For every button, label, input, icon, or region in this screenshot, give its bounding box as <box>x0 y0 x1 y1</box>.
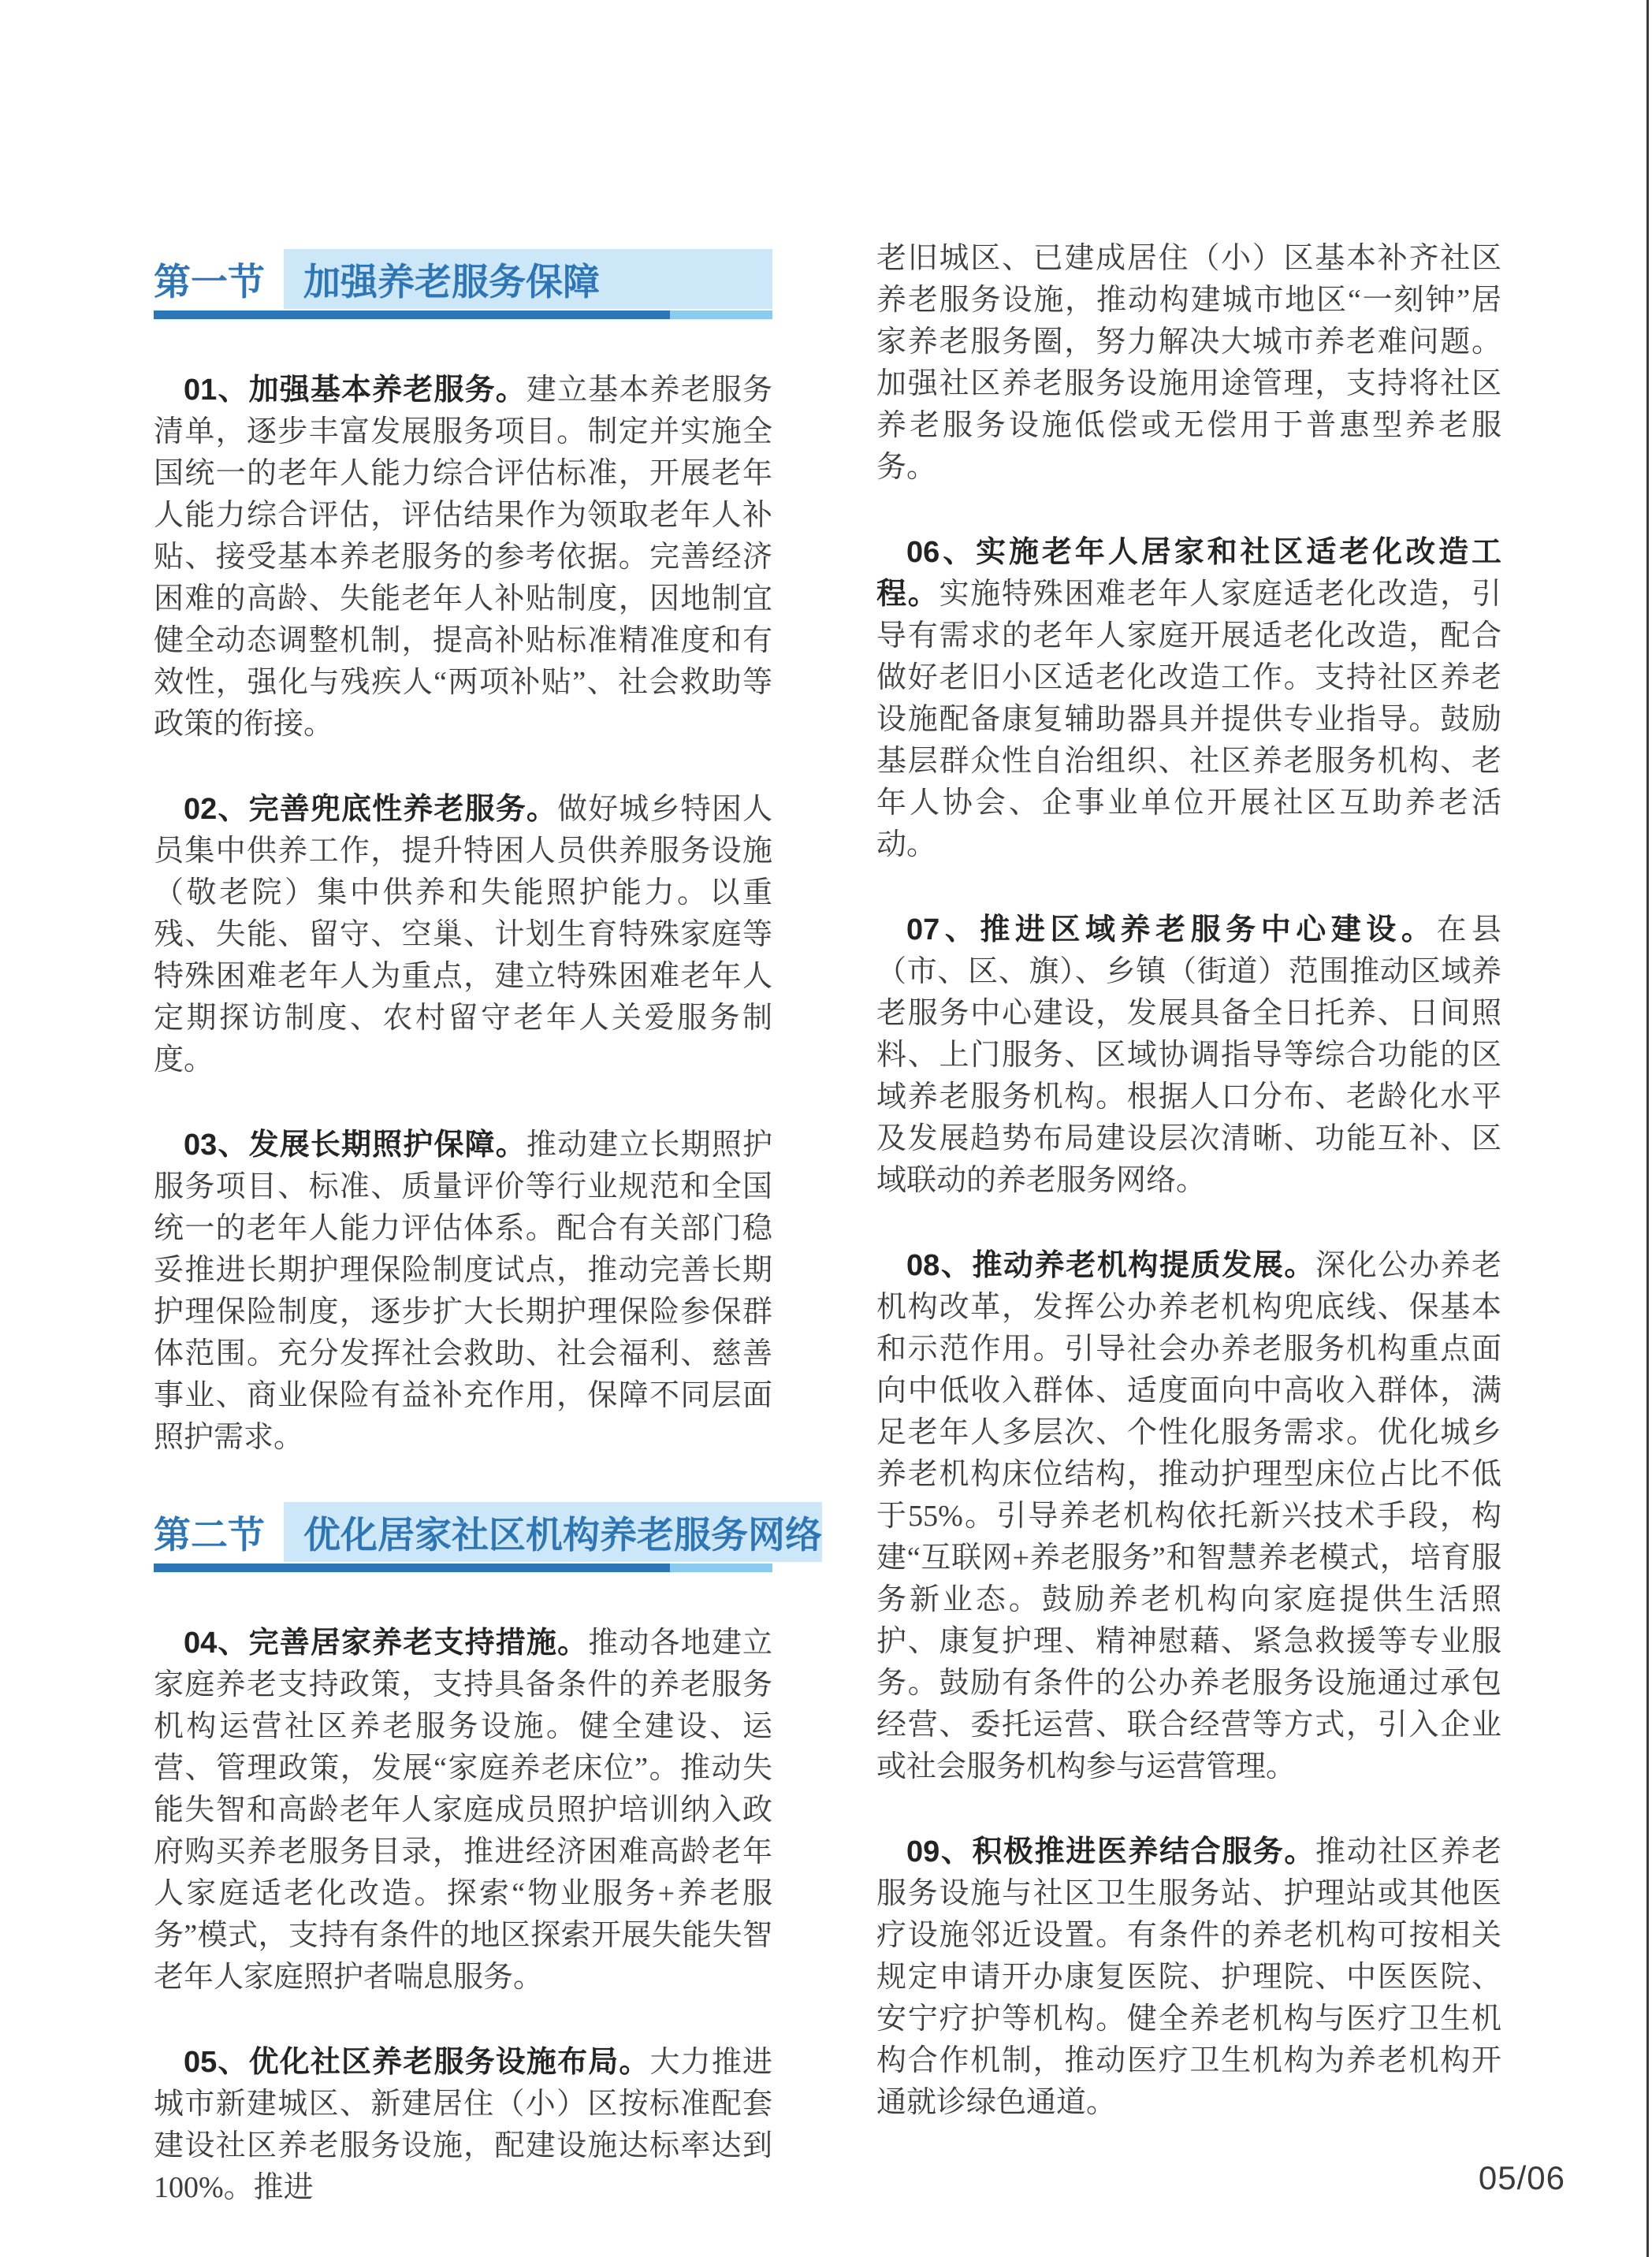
paragraph-01-body: 建立基本养老服务清单，逐步丰富发展服务项目。制定并实施全国统一的老年人能力综合评… <box>154 374 772 741</box>
paragraph-01: 01、加强基本养老服务。建立基本养老服务清单，逐步丰富发展服务项目。制定并实施全… <box>154 370 772 746</box>
paragraph-05-continuation-body: 老旧城区、已建成居住（小）区基本补齐社区养老服务设施，推动构建城市地区“一刻钟”… <box>876 242 1501 484</box>
section-title-band-1: 加强养老服务保障 <box>284 249 772 309</box>
paragraph-09-lead: 09、积极推进医养结合服务。 <box>906 1835 1315 1868</box>
paragraph-02: 02、完善兜底性养老服务。做好城乡特困人员集中供养工作，提升特困人员供养服务设施… <box>154 789 772 1081</box>
paragraph-07: 07、推进区域养老服务中心建设。在县（市、区、旗）、乡镇（街道）范围推动区域养老… <box>876 909 1501 1202</box>
section-header-2: 第二节 优化居家社区机构养老服务网络 <box>154 1502 772 1572</box>
paragraph-02-lead: 02、完善兜底性养老服务。 <box>184 793 557 826</box>
paragraph-03-lead: 03、发展长期照护保障。 <box>184 1128 526 1162</box>
section-header-row: 第二节 优化居家社区机构养老服务网络 <box>154 1502 772 1562</box>
left-column: 第一节 加强养老服务保障 01、加强基本养老服务。建立基本养老服务清单，逐步丰富… <box>154 249 772 2252</box>
paragraph-03: 03、发展长期照护保障。推动建立长期照护服务项目、标准、质量评价等行业规范和全国… <box>154 1125 772 1459</box>
underline-light-segment <box>670 310 772 319</box>
paragraph-07-body: 在县（市、区、旗）、乡镇（街道）范围推动区域养老服务中心建设，发展具备全日托养、… <box>876 913 1501 1197</box>
section-header-1: 第一节 加强养老服务保障 <box>154 249 772 319</box>
paragraph-05-continuation: 老旧城区、已建成居住（小）区基本补齐社区养老服务设施，推动构建城市地区“一刻钟”… <box>876 238 1501 489</box>
paragraph-05-lead: 05、优化社区养老服务设施布局。 <box>184 2046 650 2079</box>
page-edge-line <box>1646 0 1649 2257</box>
document-page: 第一节 加强养老服务保障 01、加强基本养老服务。建立基本养老服务清单，逐步丰富… <box>0 0 1652 2257</box>
page-number: 05/06 <box>1479 2159 1565 2197</box>
underline-light-segment <box>670 1564 772 1572</box>
paragraph-08-body: 深化公办养老机构改革，发挥公办养老机构兜底线、保基本和示范作用。引导社会办养老服… <box>876 1249 1501 1783</box>
paragraph-08: 08、推动养老机构提质发展。深化公办养老机构改革，发挥公办养老机构兜底线、保基本… <box>876 1245 1501 1788</box>
section-header-row: 第一节 加强养老服务保障 <box>154 249 772 309</box>
paragraph-04-body: 推动各地建立家庭养老支持政策，支持具备条件的养老服务机构运营社区养老服务设施。健… <box>154 1627 772 1994</box>
right-column: 老旧城区、已建成居住（小）区基本补齐社区养老服务设施，推动构建城市地区“一刻钟”… <box>876 238 1501 2167</box>
section-title-band-2: 优化居家社区机构养老服务网络 <box>284 1502 822 1562</box>
paragraph-04: 04、完善居家养老支持措施。推动各地建立家庭养老支持政策，支持具备条件的养老服务… <box>154 1623 772 1999</box>
paragraph-03-body: 推动建立长期照护服务项目、标准、质量评价等行业规范和全国统一的老年人能力评估体系… <box>154 1128 772 1454</box>
paragraph-02-body: 做好城乡特困人员集中供养工作，提升特困人员供养服务设施（敬老院）集中供养和失能照… <box>154 793 772 1076</box>
section-label-1: 第一节 <box>154 249 284 309</box>
paragraph-09: 09、积极推进医养结合服务。推动社区养老服务设施与社区卫生服务站、护理站或其他医… <box>876 1831 1501 2124</box>
paragraph-01-lead: 01、加强基本养老服务。 <box>184 374 526 407</box>
paragraph-04-lead: 04、完善居家养老支持措施。 <box>184 1627 588 1660</box>
underline-dark-segment <box>154 310 670 319</box>
paragraph-07-lead: 07、推进区域养老服务中心建设。 <box>906 913 1436 946</box>
paragraph-05: 05、优化社区养老服务设施布局。大力推进城市新建城区、新建居住（小）区按标准配套… <box>154 2042 772 2209</box>
section-underline-1 <box>154 310 772 319</box>
section-underline-2 <box>154 1564 772 1572</box>
section-title-1: 加强养老服务保障 <box>303 253 600 306</box>
section-title-2: 优化居家社区机构养老服务网络 <box>303 1506 822 1559</box>
paragraph-06-body: 实施特殊困难老年人家庭适老化改造，引导有需求的老年人家庭开展适老化改造，配合做好… <box>876 578 1501 861</box>
paragraph-09-body: 推动社区养老服务设施与社区卫生服务站、护理站或其他医疗设施邻近设置。有条件的养老… <box>876 1835 1501 2119</box>
paragraph-08-lead: 08、推动养老机构提质发展。 <box>906 1249 1315 1282</box>
underline-dark-segment <box>154 1564 670 1572</box>
section-label-2: 第二节 <box>154 1502 284 1562</box>
paragraph-06: 06、实施老年人居家和社区适老化改造工程。实施特殊困难老年人家庭适老化改造，引导… <box>876 532 1501 866</box>
